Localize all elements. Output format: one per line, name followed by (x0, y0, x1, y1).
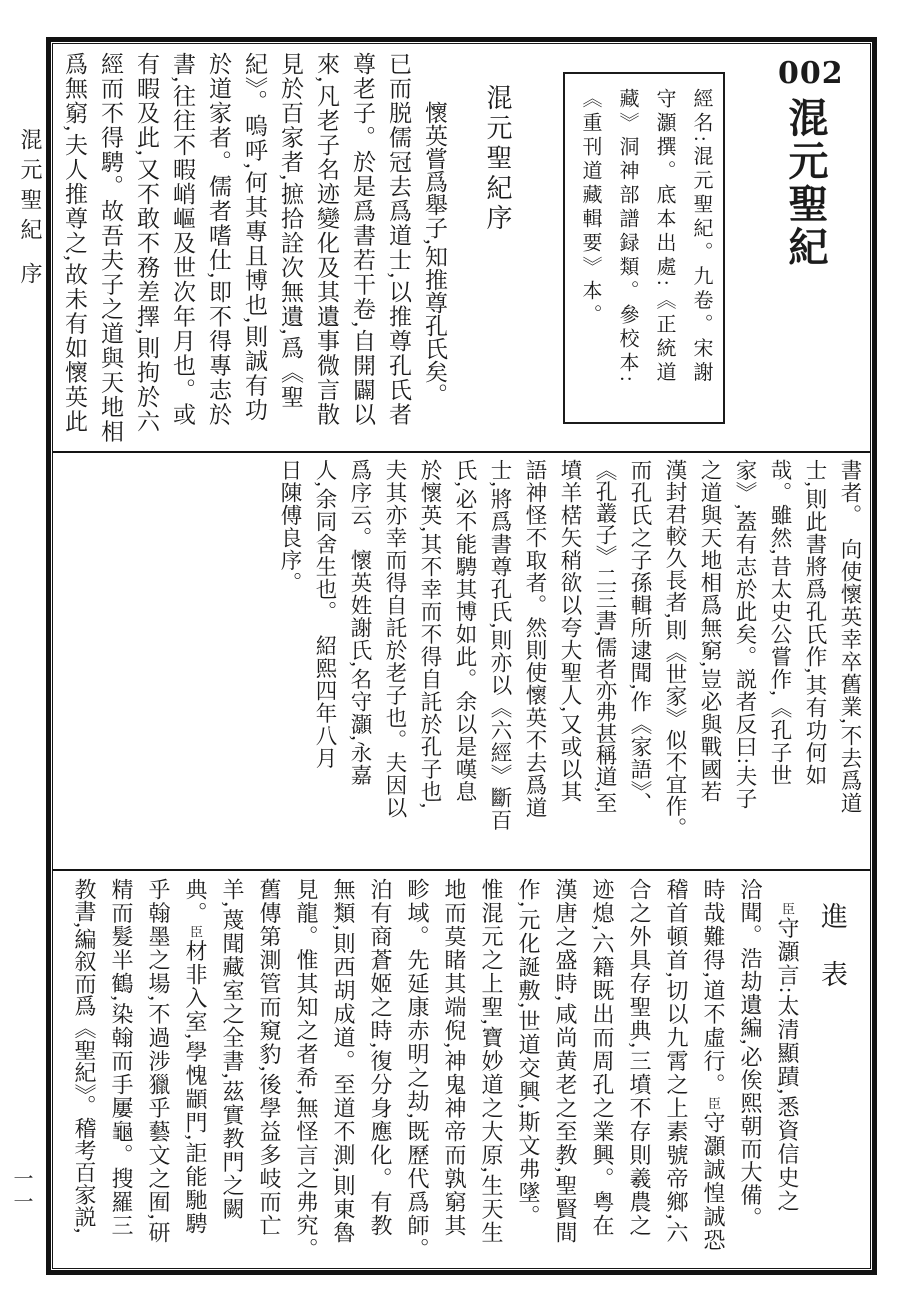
band-bottom: 進 表 臣守灝言:太清顯蹟,悉資信史之洽聞。浩劫遺編,必俟熙朝而大備。時哉難得,… (53, 871, 870, 1268)
text-run: 書者。 向使懷英幸卒舊業,不去爲道 (838, 459, 862, 815)
text-column: 見龍。惟其知之者希,無怪言之弗究。 (288, 878, 325, 1261)
text-column: 漢唐之盛時,咸尚黄老之至教,聖賢間 (547, 878, 584, 1261)
text-column: 之道與天地相爲無窮,豈必與戰國若 (692, 459, 727, 863)
text-run: 惟混元之上聖,寶妙道之大原,生天生 (479, 878, 504, 1245)
book-title: 混元聖紀 (781, 97, 829, 269)
text-run: 乎翰墨之場,不過涉獵乎藝文之囿,研 (146, 878, 171, 1245)
text-run: 氏,必不能騁其博如此。余以是嘆息 (453, 459, 477, 803)
text-run: 士,則此書將爲孔氏作,其有功何如 (803, 459, 827, 787)
text-column: 語神怪不取者。然則使懷英不去爲道 (517, 459, 552, 863)
text-column: 羊,蔑聞藏室之全書,茲實教門之闕 (214, 878, 251, 1261)
text-run: 家》,蓋有志於此矣。説者反曰:夫子 (733, 459, 757, 810)
text-run: 洽聞。浩劫遺編,必俟熙朝而大備。 (738, 878, 763, 1230)
text-column: 而孔氏之子孫輯所逮聞,作《家語》、 (622, 459, 657, 863)
title-header: 002 混元聖紀 (778, 56, 832, 269)
bibliographic-box: 經名:混元聖紀。九卷。宋謝守灝撰。底本出處:《正統道藏》洞神部譜録類。參校本:《… (563, 72, 725, 424)
text-column: 精而髮半鶴,染翰而手屢龜。搜羅三 (103, 878, 140, 1261)
text-column: 《孔叢子》二三書,儒者亦弗甚稱道,至 (587, 459, 622, 863)
text-column: 有暇及此,又不敢不務差擇,則拘於六 (128, 52, 164, 443)
text-run: 稽首頓首,切以九霄之上素號帝鄉,六 (664, 878, 689, 1245)
text-column: 泊有商蒼姬之時,復分身應化。有教 (362, 878, 399, 1261)
text-run: 畛域。先延康赤明之劫,既歷代爲師。 (405, 878, 430, 1261)
text-run: 墳羊楛矢稍欲以夸大聖人,又或以其 (558, 459, 582, 803)
text-column: 紀》。嗚呼,何其專且博也,則誠有功 (236, 52, 272, 443)
small-char: 臣 (780, 902, 795, 917)
text-run: 尊老子。於是爲書若干卷,自開闢以 (350, 52, 375, 427)
text-column: 人,余同舍生也。 紹熙四年八月 (307, 459, 342, 863)
text-column: 書,往往不暇峭嶇及世次年月也。或 (164, 52, 200, 443)
text-run: 地而莫睹其端倪,神鬼神帝而孰窮其 (442, 878, 467, 1238)
text-run: 已而脱儒冠去爲道士,以推尊孔氏者 (386, 52, 411, 427)
text-run: 見於百家者,摭拾詮次無遺,爲《聖 (278, 52, 303, 410)
text-run: 作,元化誕敷,世道交興,斯文弗墜。 (516, 878, 541, 1228)
text-run: 有暇及此,又不敢不務差擇,則拘於六 (134, 52, 159, 434)
text-column: 爲序云。懷英姓謝氏,名守灝,永嘉 (342, 459, 377, 863)
text-run: 無類,則西胡成道。至道不測,則東魯 (331, 878, 356, 1245)
text-run: 而孔氏之子孫輯所逮聞,作《家語》、 (628, 459, 652, 815)
text-run: 守灝言:太清顯蹟,悉資信史之 (775, 917, 800, 1214)
text-column: 哉。雖然,昔太史公嘗作,《孔子世 (762, 459, 797, 863)
text-column: 日陳傅良序。 (272, 459, 307, 863)
text-column: 懷英嘗爲舉子,知推尊孔氏矣。 (416, 52, 452, 443)
text-column: 爲無窮,夫人推尊之,故未有如懷英此 (56, 52, 92, 443)
text-column: 稽首頓首,切以九霄之上素號帝鄉,六 (658, 878, 695, 1261)
text-run: 於懷英,其不幸而不得自託於孔子也, (418, 459, 442, 809)
text-column: 《重刊道藏輯要》本。 (571, 88, 608, 408)
text-column: 惟混元之上聖,寶妙道之大原,生天生 (473, 878, 510, 1261)
text-column: 墳羊楛矢稍欲以夸大聖人,又或以其 (552, 459, 587, 863)
text-run: 人,余同舍生也。 紹熙四年八月 (313, 459, 337, 770)
text-run: 典。 (183, 878, 208, 925)
text-run: 紀》。嗚呼,何其專且博也,則誠有功 (242, 52, 267, 423)
memorial-title: 進 表 (812, 878, 852, 1261)
text-run: 經而不得騁。故吾夫子之道與天地相 (98, 52, 123, 444)
text-column: 於懷英,其不幸而不得自託於孔子也, (412, 459, 447, 863)
text-run: 迹熄,六籍既出而周孔之業興。粤在 (590, 878, 615, 1238)
scanned-book-page: { "colors": { "ink": "#1b1b1b", "paper":… (0, 0, 900, 1300)
text-run: 夫其亦幸而得自託於老子也。夫因以 (383, 459, 407, 819)
text-run: 語神怪不取者。然則使懷英不去爲道 (523, 459, 547, 819)
outer-frame: 002 混元聖紀 經名:混元聖紀。九卷。宋謝守灝撰。底本出處:《正統道藏》洞神部… (46, 37, 877, 1275)
text-run: 藏》洞神部譜録類。參校本: (616, 88, 638, 386)
text-column: 乎翰墨之場,不過涉獵乎藝文之囿,研 (140, 878, 177, 1261)
text-column: 洽聞。浩劫遺編,必俟熙朝而大備。 (732, 878, 769, 1261)
text-run: 泊有商蒼姬之時,復分身應化。有教 (368, 878, 393, 1238)
text-run: 經名:混元聖紀。九卷。宋謝 (690, 88, 712, 386)
text-column: 典。臣材非入室,學愧顓門,詎能馳騁 (177, 878, 214, 1261)
text-column: 士,則此書將爲孔氏作,其有功何如 (797, 459, 832, 863)
text-run: 守灝誠惶誠恐 (701, 1111, 726, 1252)
memorial-columns: 進 表 臣守灝言:太清顯蹟,悉資信史之洽聞。浩劫遺編,必俟熙朝而大備。時哉難得,… (66, 878, 852, 1261)
text-column: 來,凡老子名迹變化及其遺事微言散 (308, 52, 344, 443)
preface-top-columns: 懷英嘗爲舉子,知推尊孔氏矣。已而脱儒冠去爲道士,以推尊孔氏者尊老子。於是爲書若干… (56, 52, 452, 443)
preface-middle-columns: 書者。 向使懷英幸卒舊業,不去爲道士,則此書將爲孔氏作,其有功何如哉。雖然,昔太… (272, 459, 867, 863)
text-run: 於道家者。儒者嗜仕,即不得專志於 (206, 52, 231, 427)
text-run: 見龍。惟其知之者希,無怪言之弗究。 (294, 878, 319, 1261)
text-column: 教書,編叙而爲《聖紀》。稽考百家説, (66, 878, 103, 1261)
text-column: 家》,蓋有志於此矣。説者反曰:夫子 (727, 459, 762, 863)
text-column: 漢封君較久長者,則《世家》似不宜作。 (657, 459, 692, 863)
text-run: 精而髮半鶴,染翰而手屢龜。搜羅三 (109, 878, 134, 1238)
text-run: 合之外具存聖典,三墳不存則羲農之 (627, 878, 652, 1238)
preface-title: 混元聖紀序 (480, 44, 514, 451)
text-run: 書,往往不暇峭嶇及世次年月也。或 (170, 52, 195, 427)
text-column: 氏,必不能騁其博如此。余以是嘆息 (447, 459, 482, 863)
text-run: 舊傳第測管而窺豹,後學益多岐而亡 (257, 878, 282, 1238)
text-run: 守灝撰。底本出處:《正統道 (653, 88, 675, 386)
text-run: 材非入室,學愧顓門,詎能馳騁 (183, 940, 208, 1236)
small-char: 臣 (706, 1097, 721, 1112)
text-column: 臣守灝言:太清顯蹟,悉資信史之 (769, 878, 806, 1261)
text-run: 漢唐之盛時,咸尚黄老之至教,聖賢間 (553, 878, 578, 1245)
text-run: 懷英嘗爲舉子,知推尊孔氏矣。 (422, 101, 447, 406)
text-run: 日陳傅良序。 (278, 459, 302, 594)
text-column: 於道家者。儒者嗜仕,即不得專志於 (200, 52, 236, 443)
catalog-number: 002 (778, 56, 832, 91)
running-title-volume: 混元聖紀 (15, 128, 46, 248)
running-title-section: 序 (15, 262, 46, 284)
text-run: 漢封君較久長者,則《世家》似不宜作。 (663, 459, 687, 839)
text-column: 守灝撰。底本出處:《正統道 (645, 88, 682, 408)
text-column: 見於百家者,摭拾詮次無遺,爲《聖 (272, 52, 308, 443)
inner-frame: 002 混元聖紀 經名:混元聖紀。九卷。宋謝守灝撰。底本出處:《正統道藏》洞神部… (52, 43, 871, 1269)
text-column: 經而不得騁。故吾夫子之道與天地相 (92, 52, 128, 443)
text-column: 地而莫睹其端倪,神鬼神帝而孰窮其 (436, 878, 473, 1261)
text-column: 經名:混元聖紀。九卷。宋謝 (682, 88, 719, 408)
text-column: 書者。 向使懷英幸卒舊業,不去爲道 (832, 459, 867, 863)
text-column: 尊老子。於是爲書若干卷,自開闢以 (344, 52, 380, 443)
text-run: 士,將爲書尊孔氏,則亦以《六經》斷百 (488, 459, 512, 832)
text-column: 已而脱儒冠去爲道士,以推尊孔氏者 (380, 52, 416, 443)
text-run: 之道與天地相爲無窮,豈必與戰國若 (698, 459, 722, 803)
text-column: 畛域。先延康赤明之劫,既歷代爲師。 (399, 878, 436, 1261)
text-run: 哉。雖然,昔太史公嘗作,《孔子世 (768, 459, 792, 787)
text-run: 時哉難得,道不虛行。 (701, 878, 726, 1097)
text-run: 《孔叢子》二三書,儒者亦弗甚稱道,至 (593, 459, 617, 814)
text-column: 作,元化誕敷,世道交興,斯文弗墜。 (510, 878, 547, 1261)
small-char: 臣 (188, 925, 203, 940)
text-run: 《重刊道藏輯要》本。 (579, 88, 601, 328)
text-column: 夫其亦幸而得自託於老子也。夫因以 (377, 459, 412, 863)
band-top: 002 混元聖紀 經名:混元聖紀。九卷。宋謝守灝撰。底本出處:《正統道藏》洞神部… (53, 44, 870, 451)
folio-number: 一一 (7, 1168, 36, 1214)
text-column: 藏》洞神部譜録類。參校本: (608, 88, 645, 408)
text-run: 爲序云。懷英姓謝氏,名守灝,永嘉 (348, 459, 372, 787)
text-column: 無類,則西胡成道。至道不測,則東魯 (325, 878, 362, 1261)
text-run: 羊,蔑聞藏室之全書,茲實教門之闕 (220, 878, 245, 1221)
text-column: 士,將爲書尊孔氏,則亦以《六經》斷百 (482, 459, 517, 863)
text-run: 來,凡老子名迹變化及其遺事微言散 (314, 52, 339, 427)
text-column: 時哉難得,道不虛行。臣守灝誠惶誠恐 (695, 878, 732, 1261)
band-middle: 書者。 向使懷英幸卒舊業,不去爲道士,則此書將爲孔氏作,其有功何如哉。雖然,昔太… (53, 453, 870, 869)
text-column: 合之外具存聖典,三墳不存則羲農之 (621, 878, 658, 1261)
text-run: 爲無窮,夫人推尊之,故未有如懷英此 (62, 52, 87, 434)
bibliographic-columns: 經名:混元聖紀。九卷。宋謝守灝撰。底本出處:《正統道藏》洞神部譜録類。參校本:《… (565, 74, 723, 422)
text-column: 迹熄,六籍既出而周孔之業興。粤在 (584, 878, 621, 1261)
text-run: 教書,編叙而爲《聖紀》。稽考百家説, (72, 878, 97, 1234)
text-column: 舊傳第測管而窺豹,後學益多岐而亡 (251, 878, 288, 1261)
